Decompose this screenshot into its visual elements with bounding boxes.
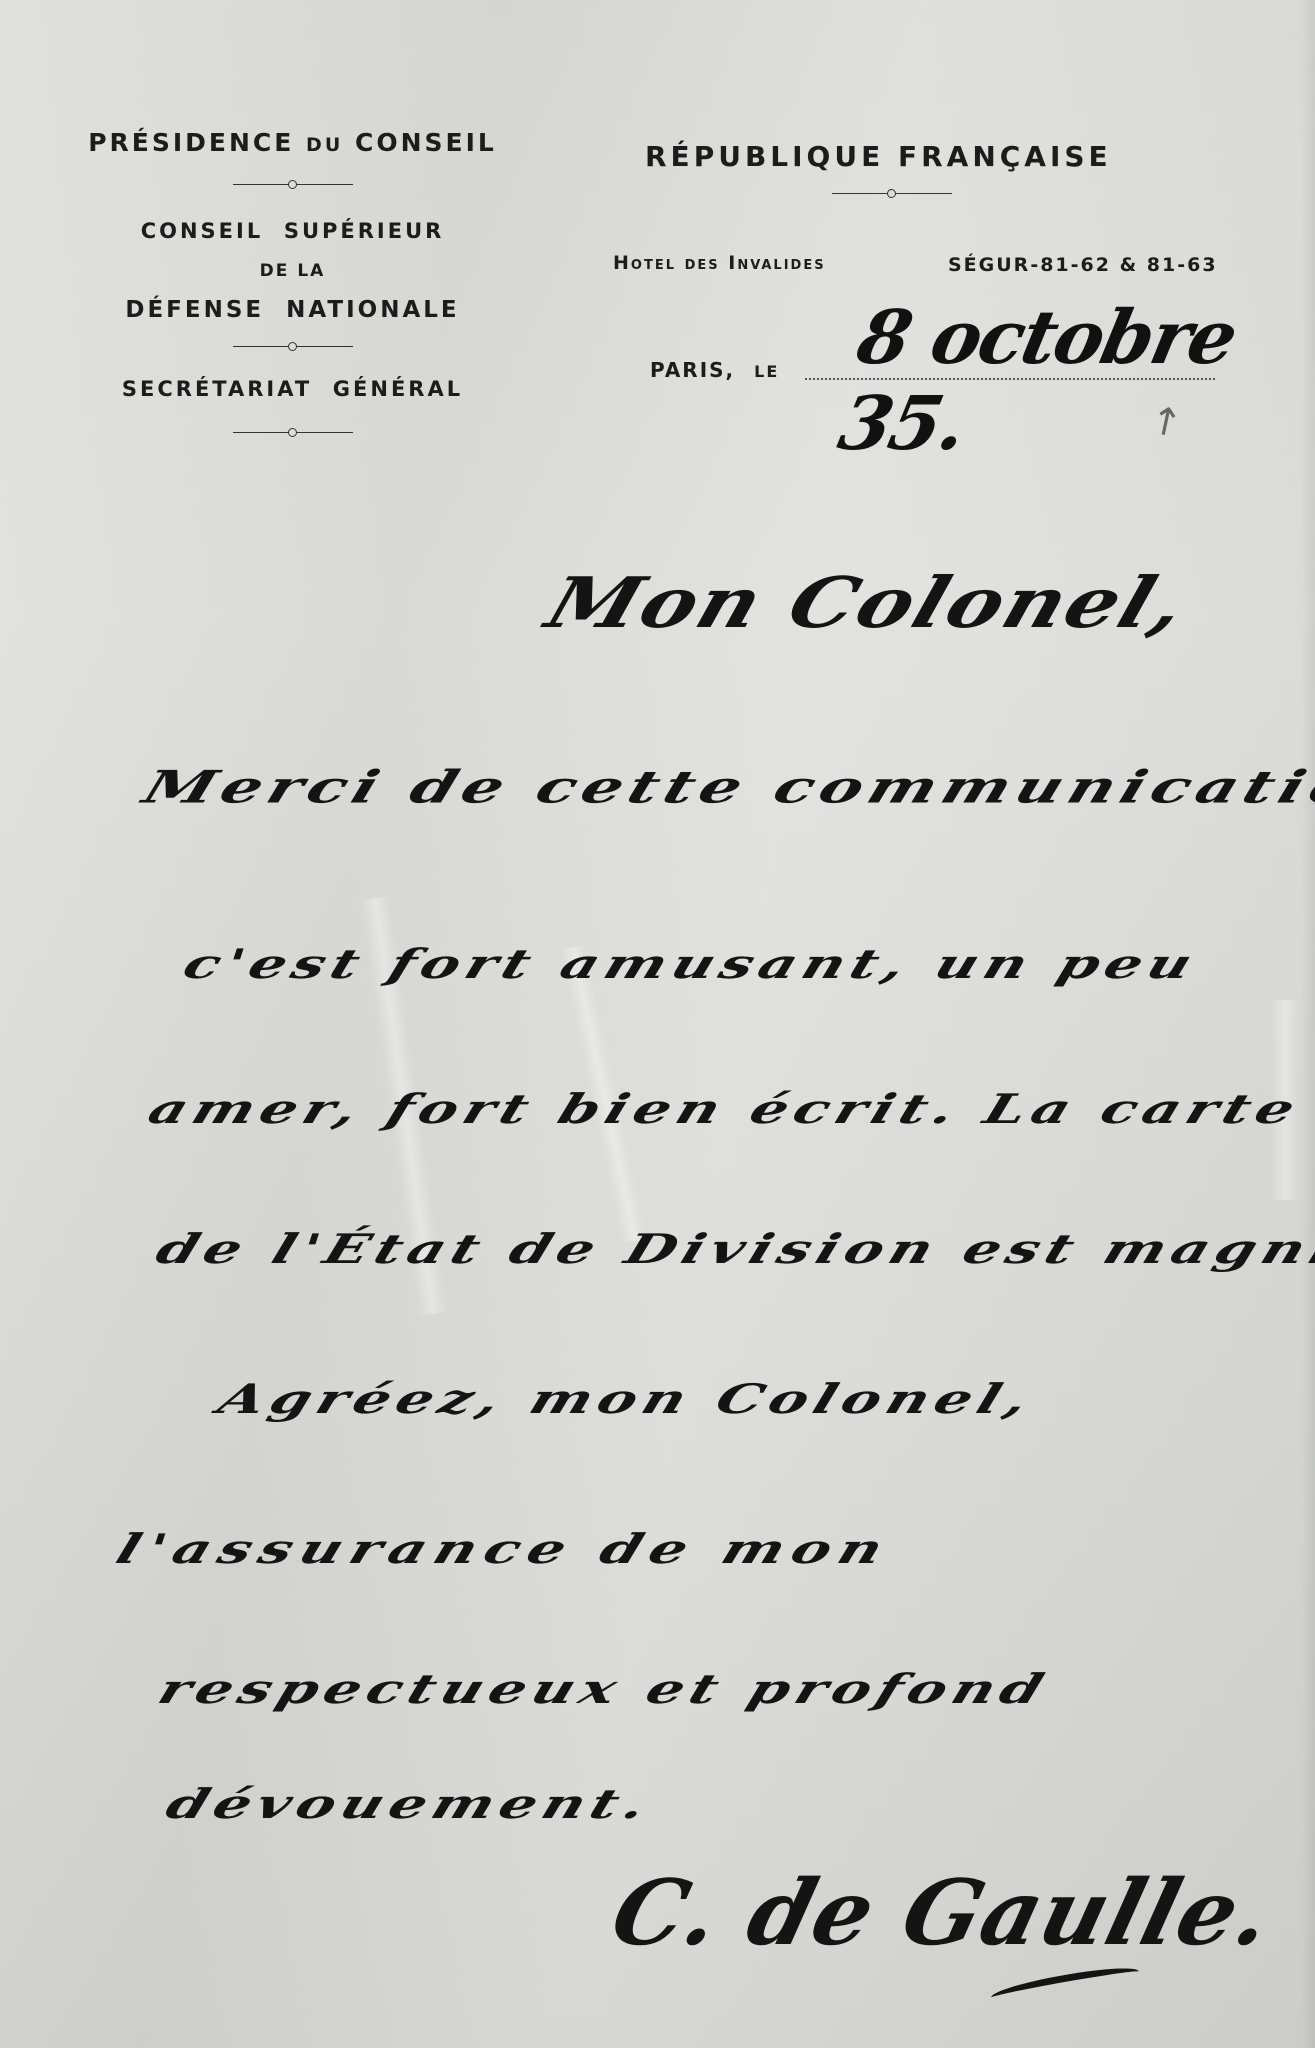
letterhead-presidence: PRÉSIDENCE DU CONSEIL — [40, 128, 545, 157]
letterhead-word: DU — [306, 134, 343, 156]
place-le-text: LE — [754, 362, 779, 381]
letterhead-republique-francaise: RÉPUBLIQUE FRANÇAISE — [645, 140, 1112, 173]
ornament-divider — [233, 427, 353, 437]
letterhead-de-la: DE LA — [40, 261, 545, 281]
letterhead-left: PRÉSIDENCE DU CONSEIL CONSEIL SUPÉRIEUR … — [40, 128, 545, 437]
signature: C. de Gaulle. — [602, 1860, 1283, 1966]
body-line: amer, fort bien écrit. La carte — [142, 1085, 1307, 1133]
salutation: Mon Colonel, — [537, 562, 1198, 644]
body-line: de l'État de Division est magnifique! — [150, 1225, 1315, 1273]
body-line: Agréez, mon Colonel, — [212, 1375, 1040, 1423]
letterhead-word: CONSEIL — [355, 128, 497, 157]
address-text: Hotel des Invalides — [613, 252, 826, 274]
body-line: l'assurance de mon — [110, 1525, 897, 1573]
letterhead-conseil-superieur: CONSEIL SUPÉRIEUR — [40, 219, 545, 243]
signature-flourish — [989, 1962, 1140, 2007]
body-line: c'est fort amusant, un peu — [177, 940, 1204, 988]
letterhead-address: Hotel des Invalides — [613, 252, 826, 274]
letterhead-secretariat-general: SECRÉTARIAT GÉNÉRAL — [40, 377, 545, 401]
letterhead-phone: SÉGUR-81-62 & 81-63 — [948, 254, 1218, 276]
letterhead-defense-nationale: DÉFENSE NATIONALE — [40, 297, 545, 323]
body-line: respectueux et profond — [152, 1665, 1055, 1713]
handwritten-date: 8 octobre 35. — [832, 295, 1315, 467]
body-line: dévouement. — [160, 1780, 658, 1828]
letterhead-place: PARIS, LE — [650, 358, 779, 382]
ornament-divider — [233, 341, 353, 351]
letterhead-word: PRÉSIDENCE — [88, 128, 294, 157]
letter-paper: PRÉSIDENCE DU CONSEIL CONSEIL SUPÉRIEUR … — [0, 0, 1315, 2048]
place-text: PARIS, — [650, 358, 735, 382]
ornament-divider — [832, 188, 952, 198]
ornament-divider — [233, 179, 353, 189]
body-line: Merci de cette communication: — [136, 761, 1315, 814]
